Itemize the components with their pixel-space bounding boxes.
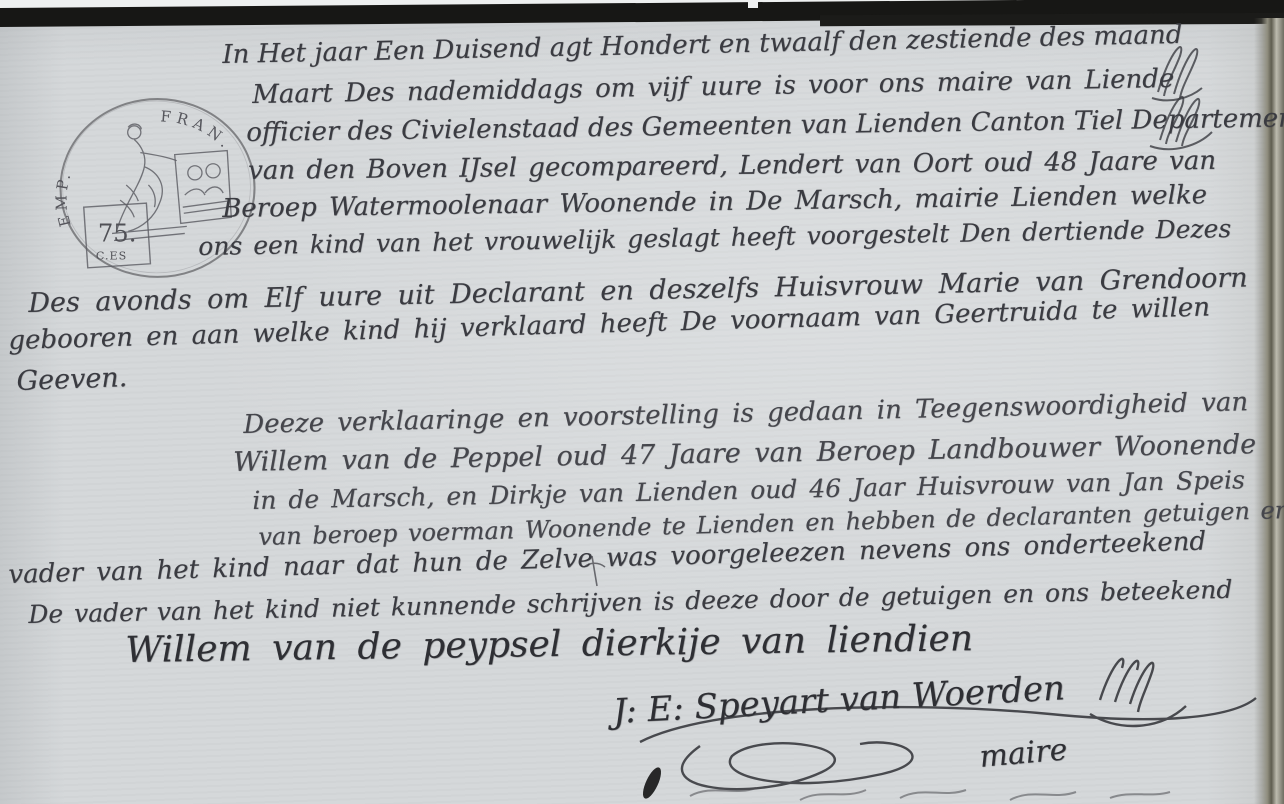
signature-mayor-title: maire bbox=[978, 732, 1069, 775]
book-binding-edge bbox=[1254, 18, 1284, 804]
ink-blot-icon bbox=[639, 765, 664, 801]
manuscript-line: Maart Des nademiddags om vijf uure is vo… bbox=[252, 64, 1174, 110]
stamp-empire-text: EMP. bbox=[52, 167, 75, 228]
stamp-value-text: 75. bbox=[98, 219, 137, 248]
manuscript-line: In Het jaar Een Duisend agt Hondert en t… bbox=[222, 20, 1183, 70]
stamp-value-unit-text: C.ES bbox=[96, 250, 127, 263]
stamp-value-box: 75. C.ES bbox=[84, 203, 151, 268]
manuscript-line: van den Boven IJsel gecompareerd, Lender… bbox=[248, 146, 1216, 186]
manuscript-line: Geeven. bbox=[16, 362, 128, 397]
next-entry-cropped-strokes bbox=[690, 788, 1170, 800]
scanned-document-page: FRAN. EMP. 75. bbox=[0, 0, 1284, 804]
signature-mayor: J: E: Speyart van Woerden bbox=[612, 668, 1066, 732]
manuscript-line: officier des Civielenstaad des Gemeenten… bbox=[246, 103, 1284, 148]
stamp-country-text: FRAN. bbox=[160, 107, 237, 154]
scan-edge-notch bbox=[748, 0, 758, 8]
signature-witnesses: Willem van de peypsel dierkije van liend… bbox=[125, 618, 973, 671]
